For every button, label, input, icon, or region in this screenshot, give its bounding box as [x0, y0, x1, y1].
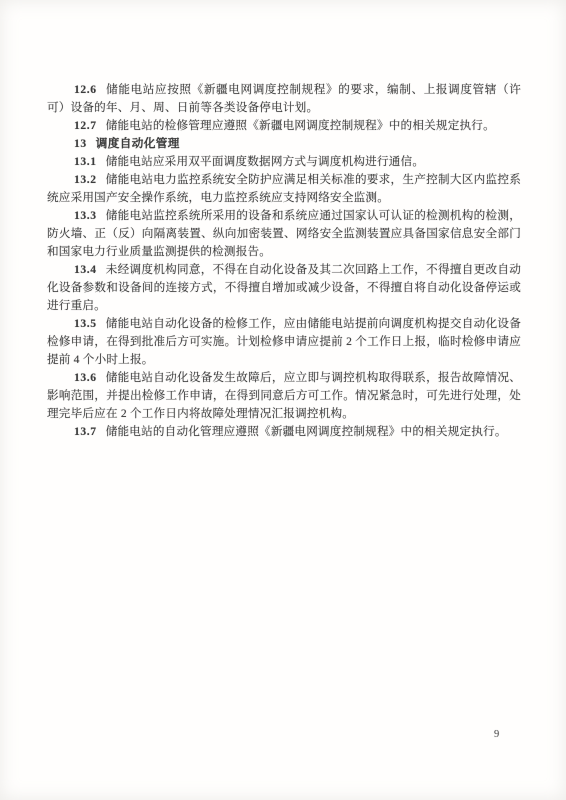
clause-text: 储能电站应按照《新疆电网调度控制规程》的要求，编制、上报调度管辖（许可）设备的年… [47, 83, 521, 114]
page-number: 9 [494, 729, 499, 740]
clause-text: 储能电站的检修管理应遵照《新疆电网调度控制规程》中的相关规定执行。 [106, 119, 495, 132]
clause-text: 储能电站监控系统所采用的设备和系统应通过国家认可认证的检测机构的检测，防火墙、正… [47, 209, 521, 258]
clause-number: 13.2 [74, 173, 97, 186]
clause-13-1: 13.1储能电站应采用双平面调度数据网方式与调度机构进行通信。 [47, 153, 521, 171]
clause-13-3: 13.3储能电站监控系统所采用的设备和系统应通过国家认可认证的检测机构的检测，防… [47, 207, 521, 261]
clause-text: 储能电站应采用双平面调度数据网方式与调度机构进行通信。 [106, 155, 424, 168]
clause-number: 13.7 [74, 425, 97, 438]
clause-12-7: 12.7储能电站的检修管理应遵照《新疆电网调度控制规程》中的相关规定执行。 [47, 117, 521, 135]
clause-13-2: 13.2储能电站电力监控系统安全防护应满足相关标准的要求，生产控制大区内监控系统… [47, 171, 521, 207]
clause-text: 储能电站电力监控系统安全防护应满足相关标准的要求，生产控制大区内监控系统应采用国… [47, 173, 521, 204]
clause-13-5: 13.5储能电站自动化设备的检修工作，应由储能电站提前向调度机构提交自动化设备检… [47, 315, 521, 369]
clause-number: 12.6 [74, 83, 97, 96]
text-block: 12.6储能电站应按照《新疆电网调度控制规程》的要求，编制、上报调度管辖（许可）… [47, 81, 521, 441]
clause-number: 13.3 [74, 209, 97, 222]
clause-text: 未经调度机构同意，不得在自动化设备及其二次回路上工作，不得擅自更改自动化设备参数… [47, 263, 521, 312]
clause-number: 13.1 [74, 155, 97, 168]
clause-number: 12.7 [74, 119, 97, 132]
clause-12-6: 12.6储能电站应按照《新疆电网调度控制规程》的要求，编制、上报调度管辖（许可）… [47, 81, 521, 117]
clause-text: 储能电站的自动化管理应遵照《新疆电网调度控制规程》中的相关规定执行。 [106, 425, 507, 438]
clause-13-7: 13.7储能电站的自动化管理应遵照《新疆电网调度控制规程》中的相关规定执行。 [47, 423, 521, 441]
clause-number: 13.6 [74, 371, 97, 384]
clause-text: 储能电站自动化设备发生故障后，应立即与调控机构取得联系，报告故障情况、影响范围，… [47, 371, 521, 420]
clause-13-4: 13.4未经调度机构同意，不得在自动化设备及其二次回路上工作，不得擅自更改自动化… [47, 261, 521, 315]
clause-number: 13.4 [74, 263, 97, 276]
clause-number: 13.5 [74, 317, 97, 330]
section-title: 调度自动化管理 [96, 137, 180, 150]
document-page: 12.6储能电站应按照《新疆电网调度控制规程》的要求，编制、上报调度管辖（许可）… [0, 0, 566, 800]
section-heading-13: 13调度自动化管理 [47, 135, 521, 153]
clause-text: 储能电站自动化设备的检修工作，应由储能电站提前向调度机构提交自动化设备检修申请，… [47, 317, 521, 366]
clause-13-6: 13.6储能电站自动化设备发生故障后，应立即与调控机构取得联系，报告故障情况、影… [47, 369, 521, 423]
section-number: 13 [74, 137, 87, 150]
